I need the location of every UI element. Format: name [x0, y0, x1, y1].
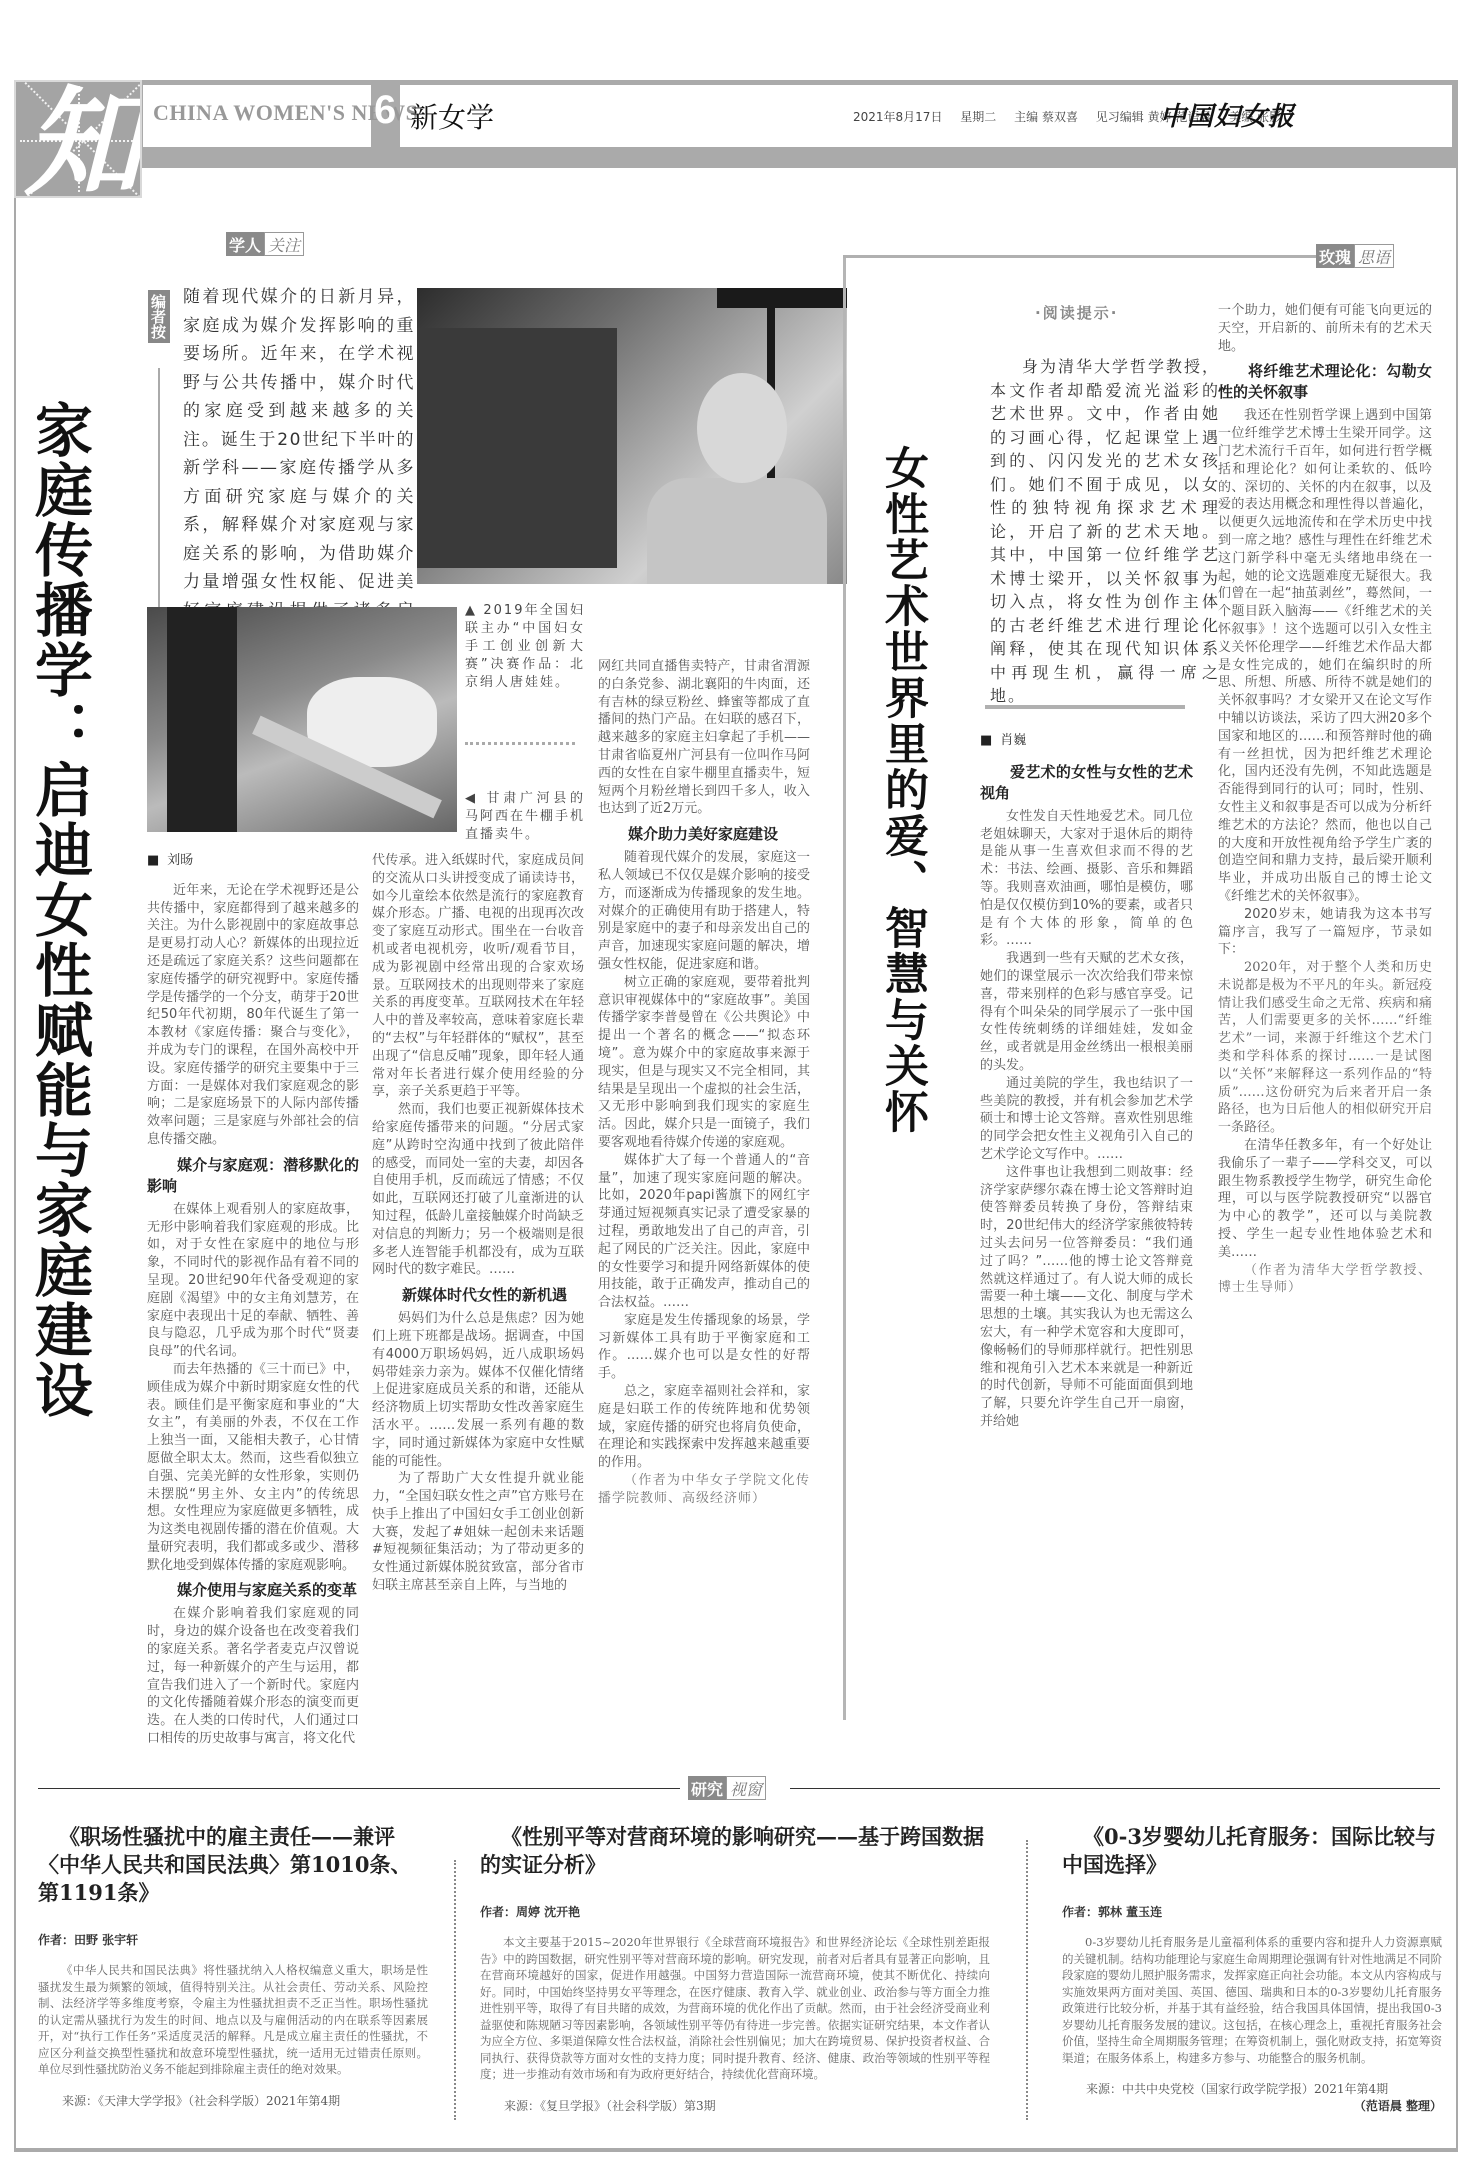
page-number: 6: [374, 88, 396, 133]
paragraph: 随着现代媒介的发展，家庭这一私人领域已不仅仅是媒介影响的接受方，而逐渐成为传播现…: [598, 849, 810, 974]
paragraph: 在清华任教多年，有一个好处让我偷乐了一辈子——学科交叉，可以跟生物系教授学生物学…: [1218, 1137, 1432, 1262]
research-rule-left: [38, 1788, 680, 1789]
right-feature-topline: [843, 255, 1349, 258]
column-tag-rose-thoughts: 玫瑰 思语: [1316, 244, 1394, 268]
photo-livestream-cattle: [147, 607, 457, 832]
paragraph: 总之，家庭幸福则社会祥和，家庭是妇联工作的传统阵地和优势领域，家庭传播的研究也将…: [598, 1383, 810, 1472]
photo1-caption: ▲ 2019年全国妇联主办“中国妇女手工创业创新大赛”决赛作品：北京绢人唐娃娃。: [465, 602, 585, 692]
editor-note: 随着现代媒介的日新月异，家庭成为媒介发挥影响的重要场所。近年来，在学术视野与公共…: [183, 283, 415, 654]
right-article-col1: 肖巍 爱艺术的女性与女性的艺术视角女性发自天性地爱艺术。同几位老姐妹聊天，大家对…: [980, 732, 1193, 1431]
paragraph: 这件事也让我想到二则故事：经济学家萨缪尔森在博士论文答辩时迫使答辩委员转换了身份…: [980, 1164, 1193, 1431]
paragraph: 通过美院的学生，我也结识了一些美院的教授，并有机会参加艺术学硕士和博士论文答辩。…: [980, 1075, 1193, 1164]
research-article-1: 《职场性骚扰中的雇主责任——兼评〈中华人民共和国民法典〉第1010条、第1191…: [38, 1823, 428, 2109]
paragraph: 一个助力，她们便有可能飞向更远的天空，开启新的、前所未有的艺术天地。: [1218, 302, 1432, 355]
subheading: 媒介与家庭观：潜移默化的影响: [147, 1155, 359, 1197]
research-rule-right: [790, 1788, 1440, 1789]
reading-tip: 身为清华大学哲学教授，本文作者却酷爱流光溢彩的艺术世界。文中，作者由她的习画心得…: [990, 355, 1220, 708]
paragraph: 树立正确的家庭观，要带着批判意识审视媒体中的“家庭故事”。美国传播学家李普曼曾在…: [598, 974, 810, 1152]
photo-silk-doll-artist: [417, 288, 847, 584]
research-divider-2: [1026, 1840, 1028, 2120]
paragraph: 代传承。进入纸媒时代，家庭成员间的交流从口头讲授变成了诵读诗书，如今儿童绘本依然…: [372, 852, 584, 1101]
left-article-col1: 刘旸 近年来，无论在学术视野还是公共传播中，家庭都得到了越来越多的关注。为什么影…: [147, 852, 359, 1748]
research-article-2: 《性别平等对营商环境的影响研究——基于跨国数据的实证分析》 作者：周婷 沈开艳 …: [480, 1823, 990, 2114]
photo2-caption: ◀ 甘肃广河县的马阿西在牛棚手机直播卖牛。: [465, 790, 585, 844]
paragraph: 家庭是发生传播现象的场景，学习新媒体工具有助于平衡家庭和工作。……媒介也可以是女…: [598, 1312, 810, 1383]
paragraph: 网红共同直播售卖特产，甘肃省渭源的白条党参、湖北襄阳的牛肉面，还有吉林的绿豆粉丝…: [598, 658, 810, 818]
right-headline: 女性艺术世界里的爱、智慧与关怀: [880, 445, 924, 1545]
paragraph: 妈妈们为什么总是焦虑？因为她们上班下班都是战场。据调查，中国有4000万职场妈妈…: [372, 1310, 584, 1470]
left-article-col3: 网红共同直播售卖特产，甘肃省渭源的白条党参、湖北襄阳的牛肉面，还有吉林的绿豆粉丝…: [598, 658, 810, 1508]
left-article-col2: 代传承。进入纸媒时代，家庭成员间的交流从口头讲授变成了诵读诗书，如今儿童绘本依然…: [372, 852, 584, 1595]
author-signoff: （作者为中华女子学院文化传播学院教师、高级经济师）: [598, 1472, 810, 1508]
zhi-character: 知: [24, 84, 142, 198]
paragraph: 而去年热播的《三十而已》中，顾佳成为媒介中新时期家庭女性的代表。顾佳们是平衡家庭…: [147, 1361, 359, 1575]
reading-tip-title: ·阅读提示·: [1035, 302, 1118, 323]
paragraph: 然而，我们也要正视新媒体技术给家庭传播带来的问题。“分居式家庭”从跨时空沟通中找…: [372, 1101, 584, 1279]
left-author: 刘旸: [147, 852, 359, 870]
right-author: 肖巍: [980, 732, 1193, 750]
paragraph: 我还在性别哲学课上遇到中国第一位纤维学艺术博士生梁开同学。这门艺术流行千百年，如…: [1218, 407, 1432, 905]
author-signoff: （作者为清华大学哲学教授、博士生导师）: [1218, 1262, 1432, 1298]
subheading: 将纤维艺术理论化：勾勒女性的关怀叙事: [1218, 361, 1432, 403]
paragraph: 媒体扩大了每一个普通人的“音量”，加速了现实家庭问题的解决。比如，2020年pa…: [598, 1152, 810, 1312]
newspaper-logo: 中国妇女报: [1160, 96, 1295, 133]
left-headline: 家庭传播学：启迪女性赋能与家庭建设: [30, 400, 88, 1580]
subheading: 媒介使用与家庭关系的变革: [147, 1580, 359, 1601]
page-bottom-edge: [14, 2148, 1458, 2152]
paragraph: 为了帮助广大女性提升就业能力，“全国妇联女性之声”官方账号在快手上推出了中国妇女…: [372, 1470, 584, 1595]
paragraph: 2020岁末，她请我为这本书写篇序言，我写了一篇短序，节录如下：: [1218, 906, 1432, 959]
issue-weekday: 星期二: [960, 110, 996, 124]
caption-divider: [465, 742, 575, 745]
research-divider-1: [454, 1860, 456, 2120]
section-title: 新女学: [410, 96, 494, 136]
subheading: 媒介助力美好家庭建设: [598, 824, 810, 845]
paragraph: 在媒体上观看别人的家庭故事，无形中影响着我们家庭观的形成。比如，对于女性在家庭中…: [147, 1201, 359, 1361]
issue-date: 2021年8月17日: [853, 110, 942, 124]
chief-editor: 主编 蔡双喜: [1014, 110, 1078, 124]
column-tag-scholar-focus: 学人 关注: [226, 232, 304, 256]
paragraph: 我遇到一些有天赋的艺术女孩，她们的课堂展示一次次给我们带来惊喜，带来别样的色彩与…: [980, 950, 1193, 1075]
paragraph: 女性发自天性地爱艺术。同几位老姐妹聊天，大家对于退休后的期待是能从事一生喜欢但求…: [980, 808, 1193, 950]
paragraph: 2020年，对于整个人类和历史未说都是极为不平凡的年头。新冠疫情让我们感受生命之…: [1218, 959, 1432, 1137]
paragraph: 近年来，无论在学术视野还是公共传播中，家庭都得到了越来越多的关注。为什么影视剧中…: [147, 882, 359, 1149]
research-article-3: 《0-3岁婴幼儿托育服务：国际比较与中国选择》 作者：郭林 董玉连 0-3岁婴幼…: [1062, 1823, 1442, 2114]
paragraph: 在媒介影响着我们家庭观的同时，身边的媒介设备也在改变着我们的家庭关系。著名学者麦…: [147, 1605, 359, 1747]
subheading: 新媒体时代女性的新机遇: [372, 1285, 584, 1306]
reading-tip-rule: [985, 705, 1185, 709]
column-tag-research-window: 研究 视窗: [688, 1776, 766, 1800]
right-article-col2: 一个助力，她们便有可能飞向更远的天空，开启新的、前所未有的艺术天地。将纤维艺术理…: [1218, 302, 1432, 1297]
subheading: 爱艺术的女性与女性的艺术视角: [980, 762, 1193, 804]
editor-note-rule: [158, 368, 160, 608]
zhi-logo-box: 知: [14, 80, 142, 198]
editor-note-tag: 编者按: [148, 290, 170, 343]
